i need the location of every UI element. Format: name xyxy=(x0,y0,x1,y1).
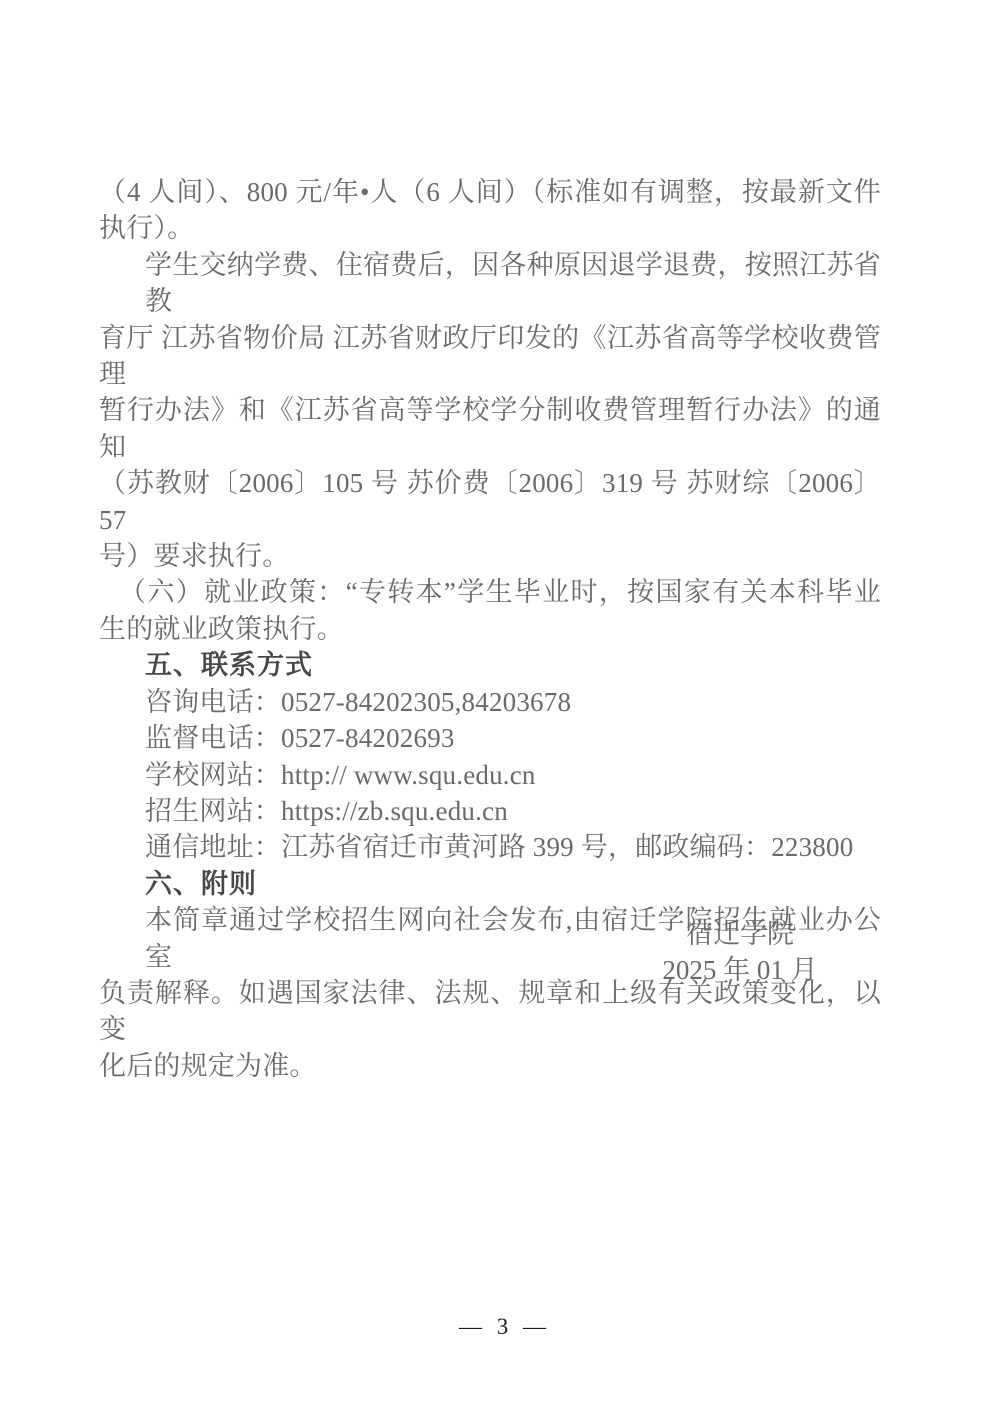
body-line: 化后的规定为准。 xyxy=(99,1048,881,1084)
page-number: — 3 — xyxy=(0,1312,1005,1342)
body-line: 号）要求执行。 xyxy=(99,538,881,574)
body-line: （4 人间）、800 元/年•人（6 人间）（标准如有调整，按最新文件 xyxy=(99,174,881,210)
contact-school-website: 学校网站：http:// www.squ.edu.cn xyxy=(99,757,881,793)
body-line: 育厅 江苏省物价局 江苏省财政厅印发的《江苏省高等学校收费管理 xyxy=(99,320,881,393)
signature-org: 宿迁学院 xyxy=(590,916,890,952)
body-line: 执行）。 xyxy=(99,210,881,246)
body-line: 生的就业政策执行。 xyxy=(99,611,881,647)
contact-consult-phone: 咨询电话：0527-84202305,84203678 xyxy=(99,684,881,720)
body-line-employment-policy: （六）就业政策：“专转本”学生毕业时，按国家有关本科毕业 xyxy=(99,574,881,610)
contact-mail-address: 通信地址：江苏省宿迁市黄河路 399 号，邮政编码：223800 xyxy=(99,829,881,865)
document-page: （4 人间）、800 元/年•人（6 人间）（标准如有调整，按最新文件 执行）。… xyxy=(0,0,1005,1419)
body-line: 暂行办法》和《江苏省高等学校学分制收费管理暂行办法》的通知 xyxy=(99,392,881,465)
contact-admission-website: 招生网站：https://zb.squ.edu.cn xyxy=(99,793,881,829)
signature-date: 2025 年 01 月 xyxy=(590,952,890,988)
body-line: 学生交纳学费、住宿费后，因各种原因退学退费，按照江苏省教 xyxy=(99,247,881,320)
contact-supervise-phone: 监督电话：0527-84202693 xyxy=(99,720,881,756)
section-heading-appendix: 六、附则 xyxy=(99,866,881,902)
body-line: （苏教财〔2006〕105 号 苏价费〔2006〕319 号 苏财综〔2006〕… xyxy=(99,465,881,538)
signature-block: 宿迁学院 2025 年 01 月 xyxy=(590,916,890,989)
section-heading-contact: 五、联系方式 xyxy=(99,647,881,683)
